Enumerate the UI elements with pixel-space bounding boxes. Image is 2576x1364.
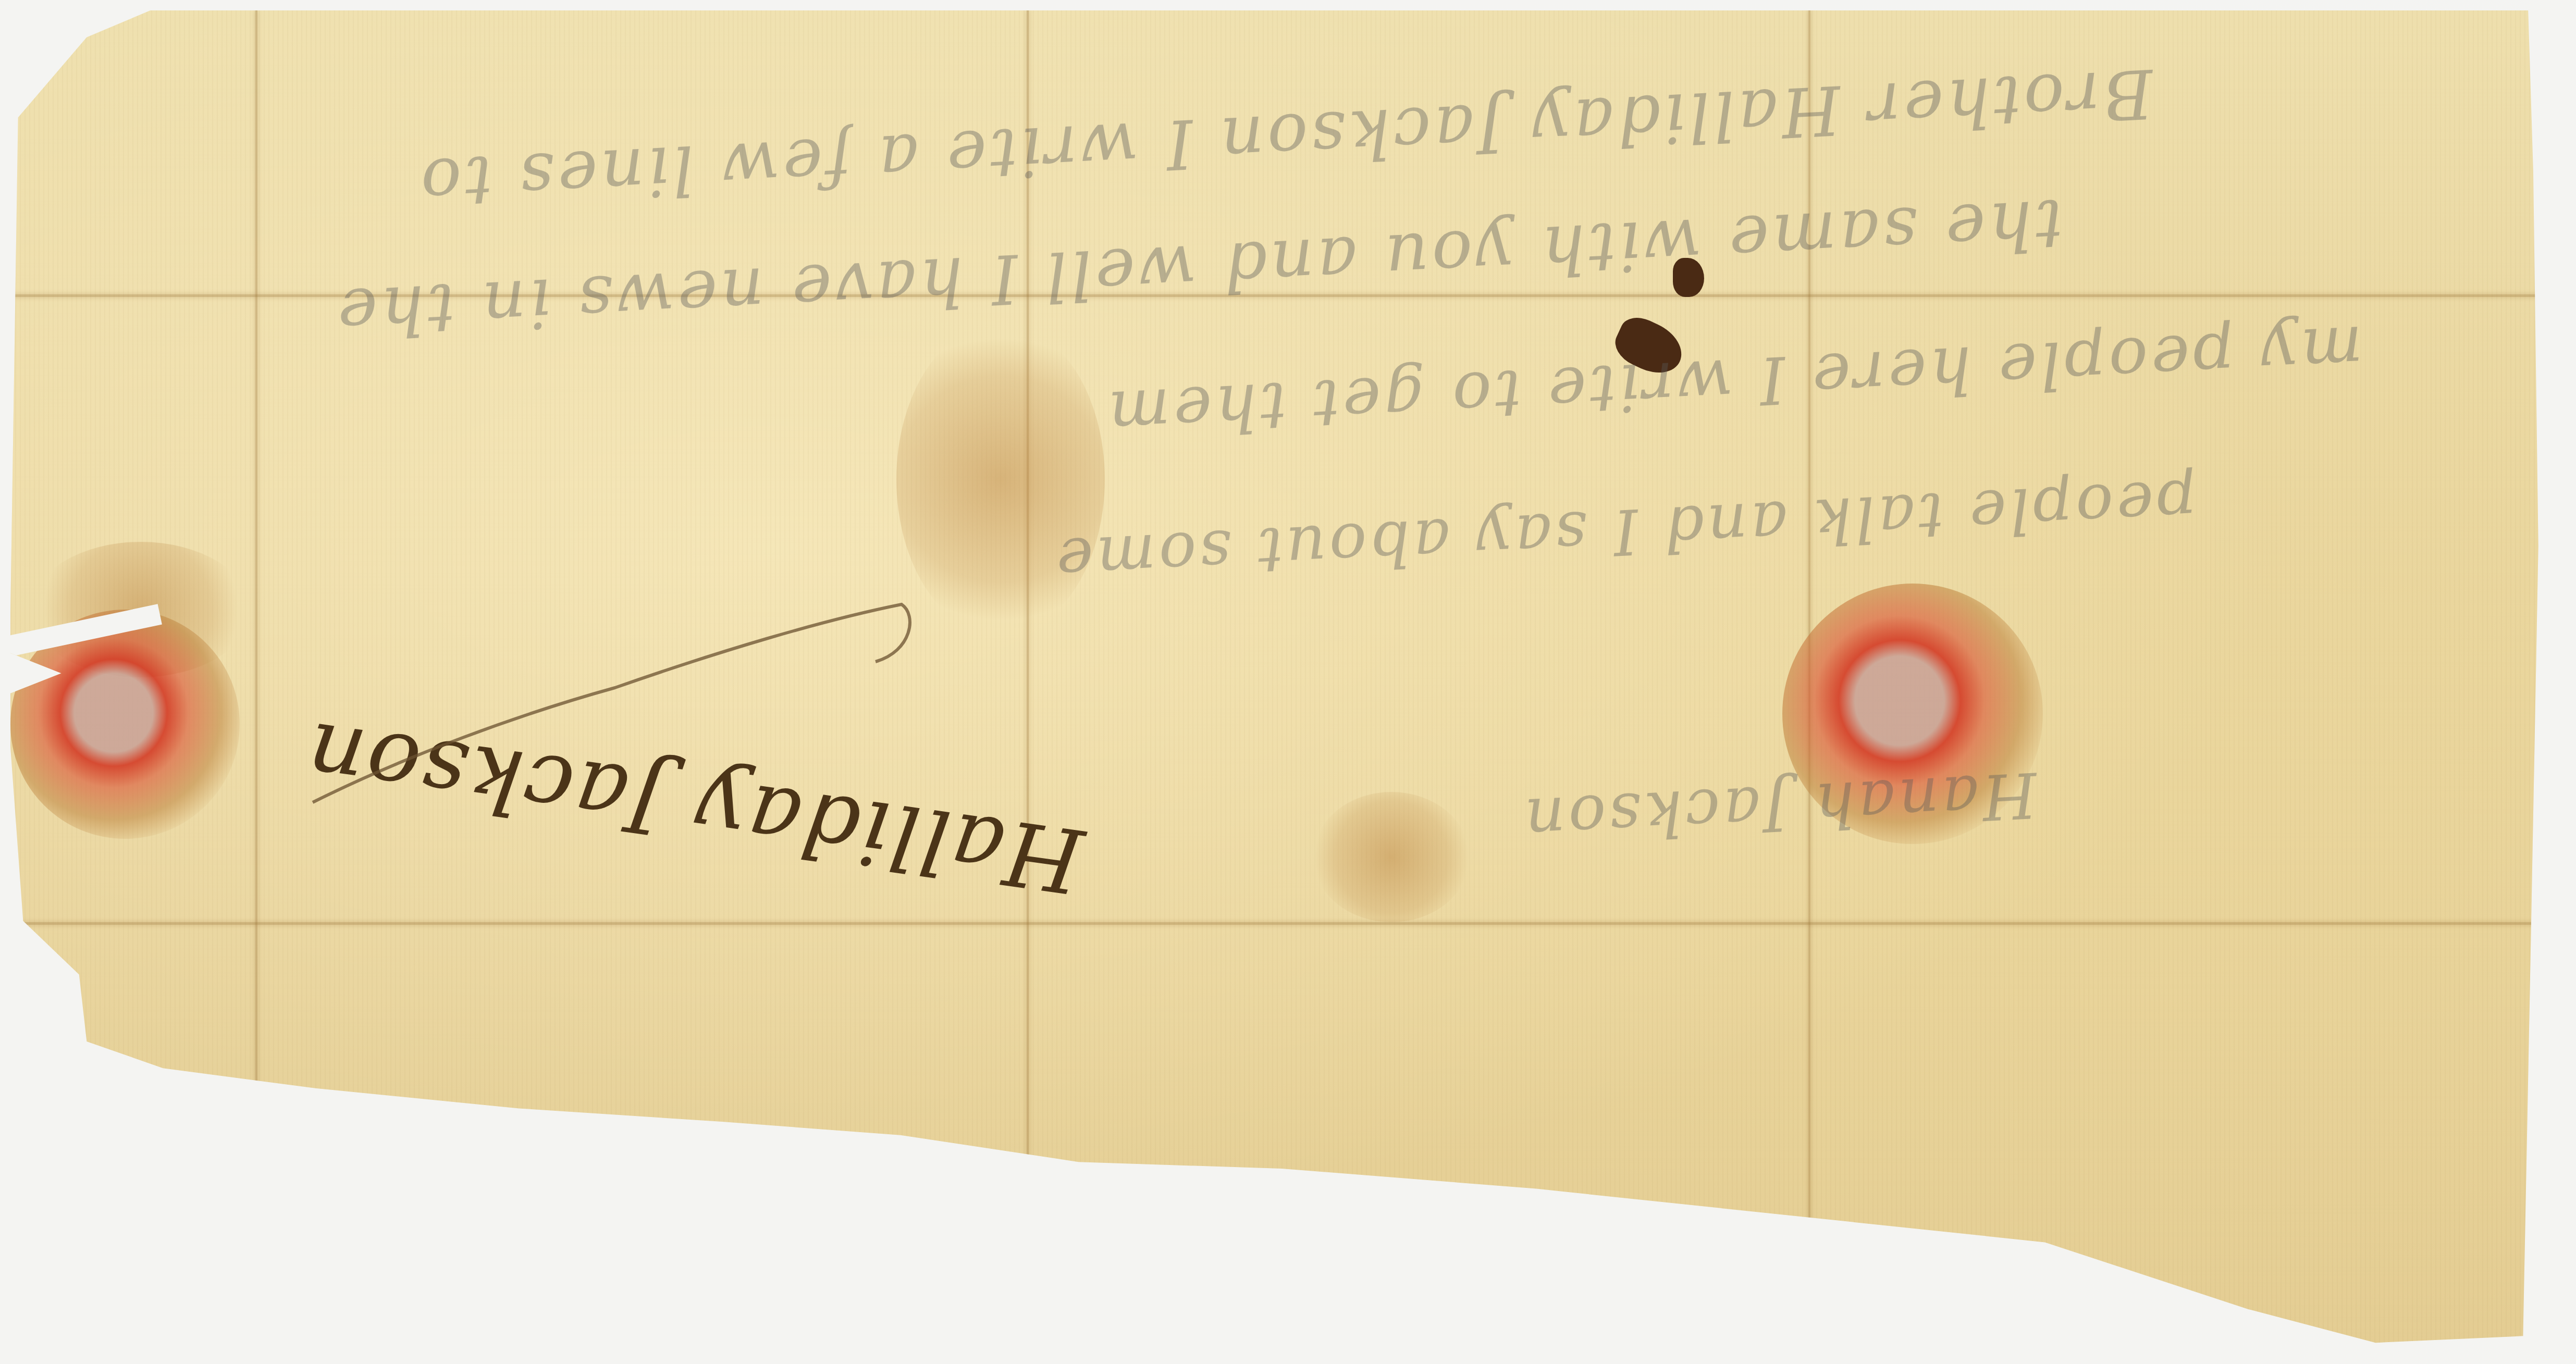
fold-line-horizontal [10,922,2554,925]
ghost-text-line: people talk and I say about some [1052,465,2199,598]
letter-paper: Brother Halliday Jackson I write a few l… [10,10,2554,1349]
ghost-text-line: my people here I write to get them [1104,311,2365,452]
fold-line-vertical [255,10,257,1349]
fold-line-vertical [1027,10,1029,1349]
ghost-text-line: Hanah Jackson [1520,758,2039,857]
water-stain [1313,792,1470,922]
signature-flourish [302,584,928,896]
